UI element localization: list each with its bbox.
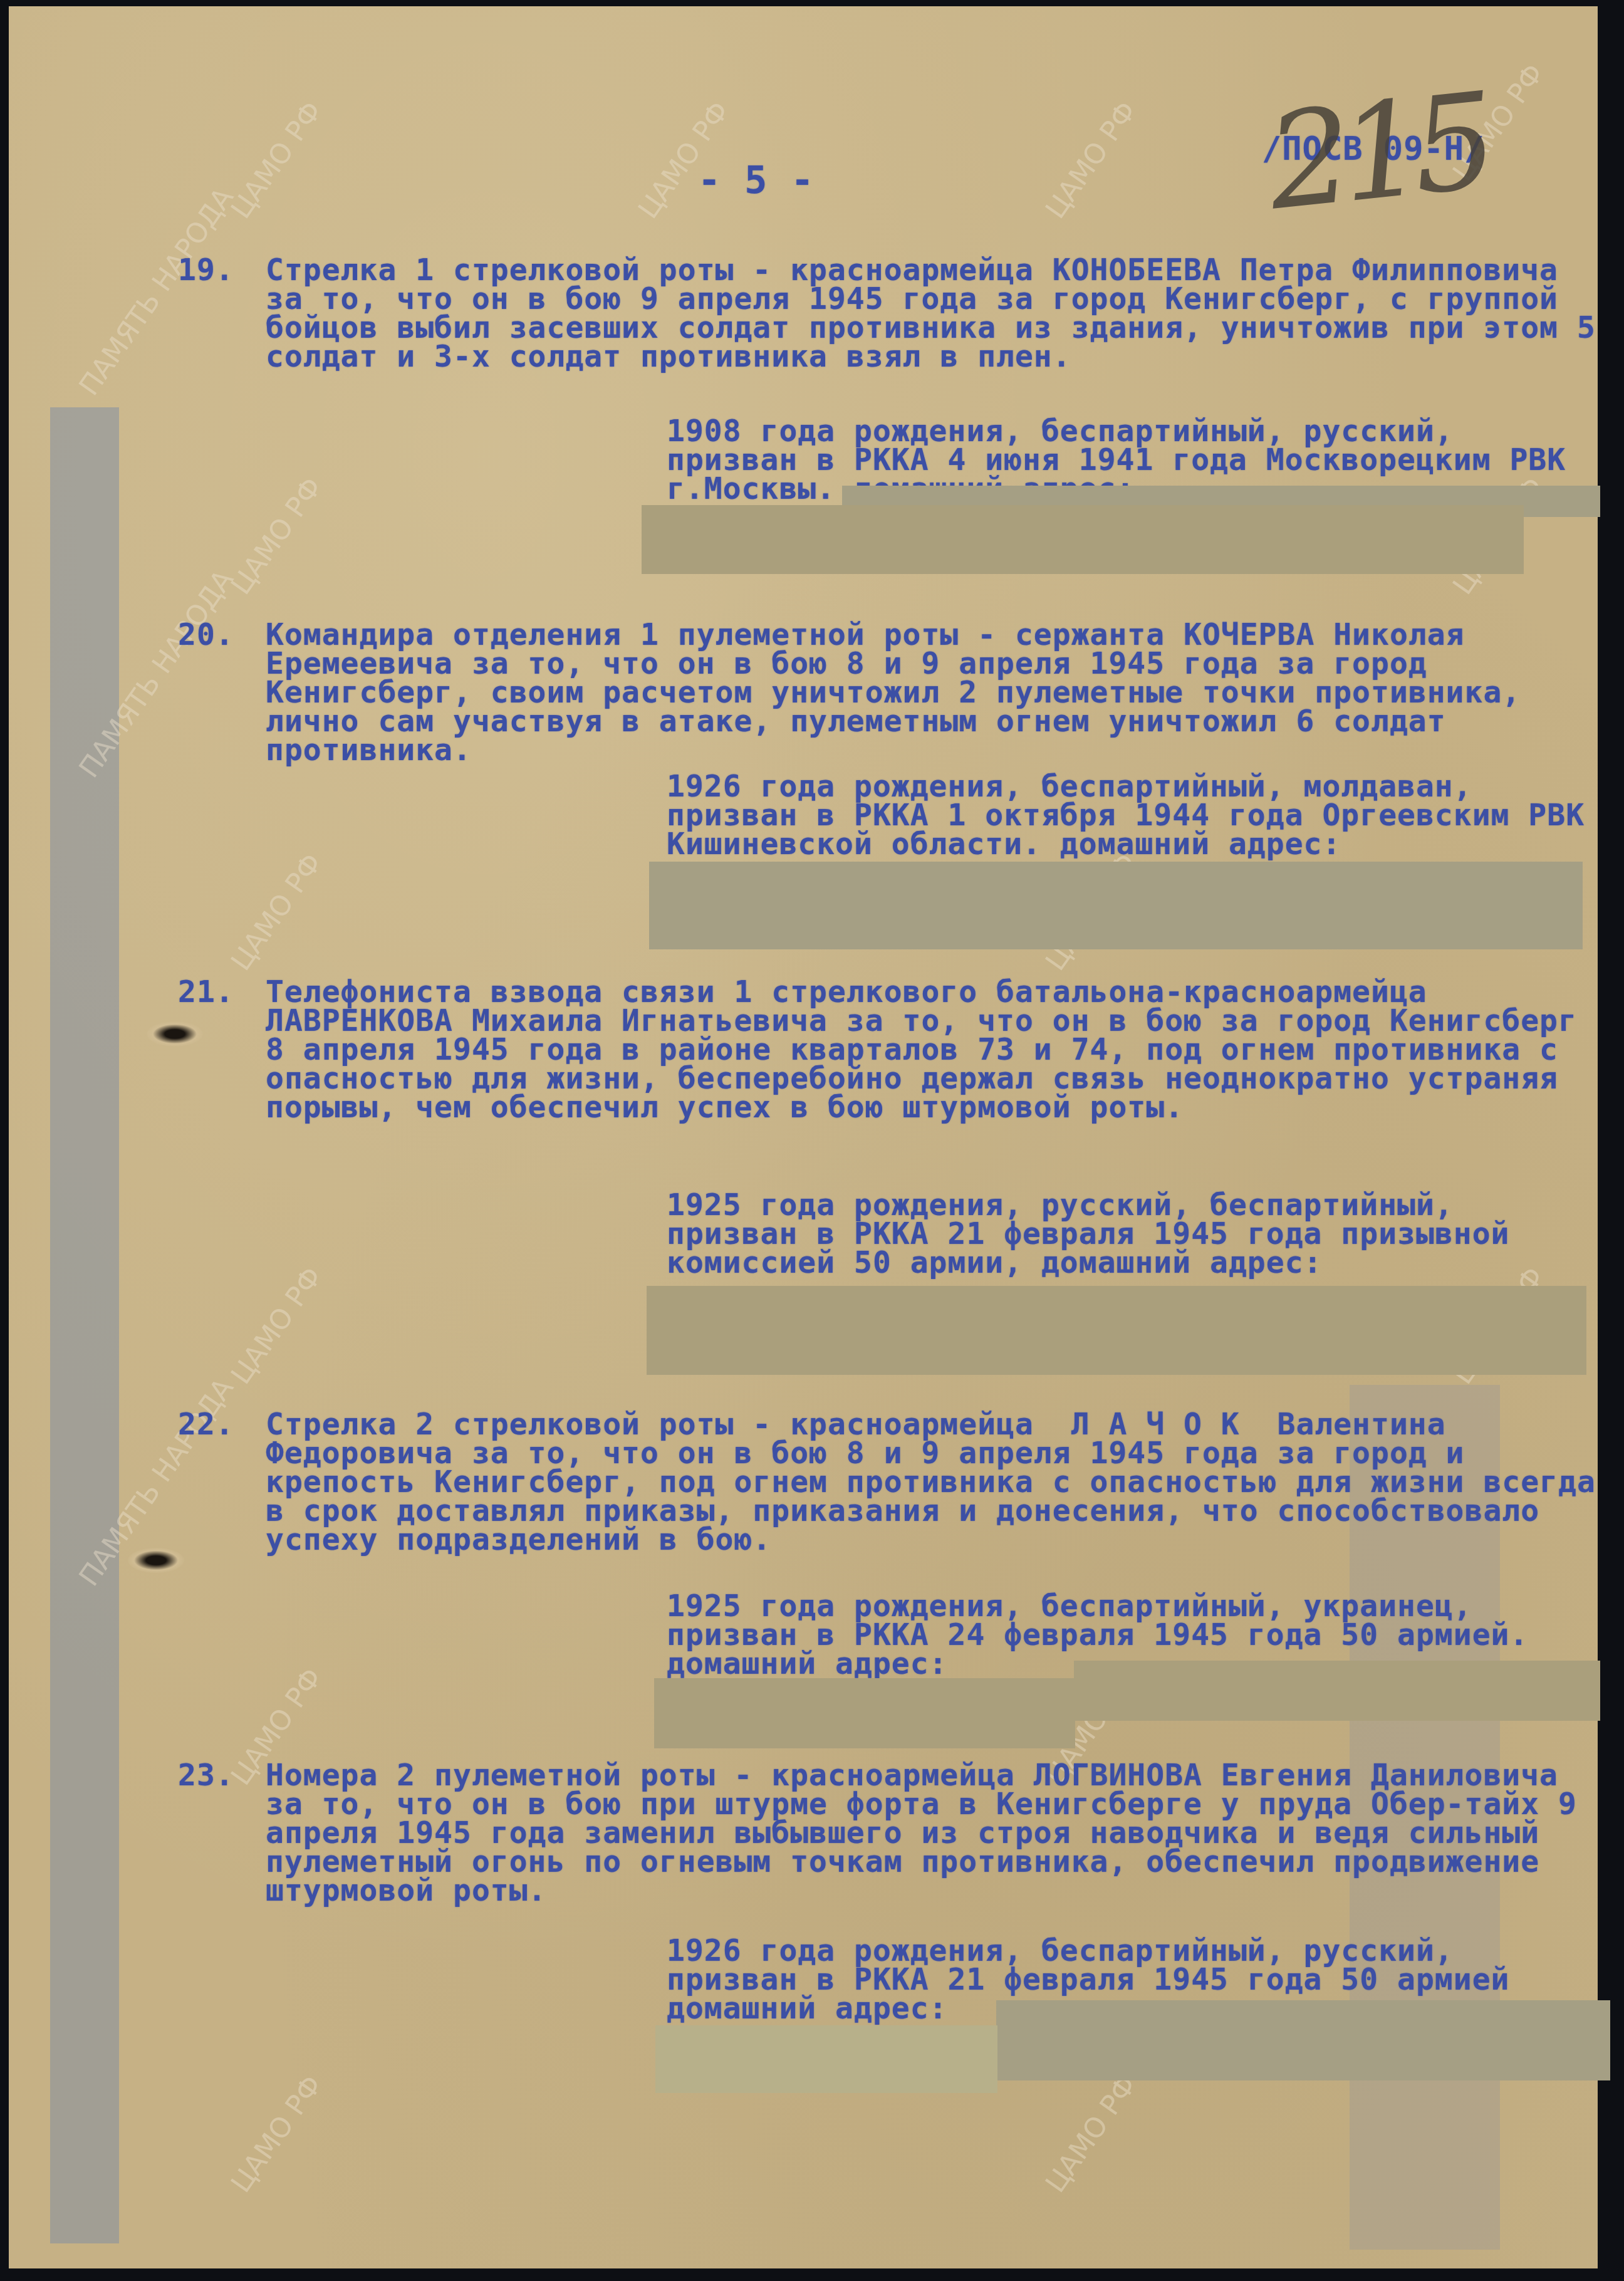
redacted-address	[655, 2025, 997, 2093]
watermark: ЦАМО РФ	[225, 848, 328, 977]
watermark: ЦАМО РФ	[225, 96, 328, 225]
redacted-address	[654, 1678, 1075, 1748]
entry-number: 23.	[178, 1761, 234, 1790]
carbon-margin-stripe	[50, 407, 119, 2243]
punch-hole	[128, 1548, 184, 1573]
page-number: - 5 -	[698, 166, 815, 195]
entry-number: 21.	[178, 978, 234, 1006]
watermark: ЦАМО РФ	[225, 2070, 328, 2199]
watermark: ЦАМО РФ	[1039, 96, 1143, 225]
entry-citation: Номера 2 пулеметной роты - красноармейца…	[266, 1761, 1606, 1905]
entry-number: 19.	[178, 256, 234, 284]
entry-citation: Командира отделения 1 пулеметной роты - …	[266, 620, 1606, 765]
entry-citation: Стрелка 1 стрелковой роты - красноармейц…	[266, 256, 1606, 371]
redacted-address	[649, 862, 1583, 949]
entry-bio: 1925 года рождения, русский, беспартийны…	[667, 1191, 1594, 1277]
entry-bio: 1926 года рождения, беспартийный, молдав…	[667, 772, 1594, 859]
entry-number: 20.	[178, 620, 234, 649]
handwritten-sheet-number: 215	[1261, 65, 1493, 240]
redacted-address	[1074, 1661, 1600, 1721]
entry-number: 22.	[178, 1410, 234, 1439]
watermark-project: ПАМЯТЬ НАРОДА	[73, 182, 240, 401]
watermark: ЦАМО РФ	[1039, 2070, 1143, 2199]
entry-citation: Стрелка 2 стрелковой роты - красноармейц…	[266, 1410, 1606, 1554]
redacted-address	[647, 1286, 1586, 1375]
redacted-address	[642, 505, 1524, 574]
redacted-address	[996, 2000, 1610, 2080]
watermark: ЦАМО РФ	[225, 1261, 328, 1391]
entry-citation: Телефониста взвода связи 1 стрелкового б…	[266, 978, 1606, 1122]
punch-hole	[147, 1021, 203, 1047]
document-page: ЦАМО РФ ЦАМО РФ ЦАМО РФ ЦАМО РФ ПАМЯТЬ Н…	[9, 6, 1598, 2268]
watermark: ЦАМО РФ	[225, 472, 328, 601]
